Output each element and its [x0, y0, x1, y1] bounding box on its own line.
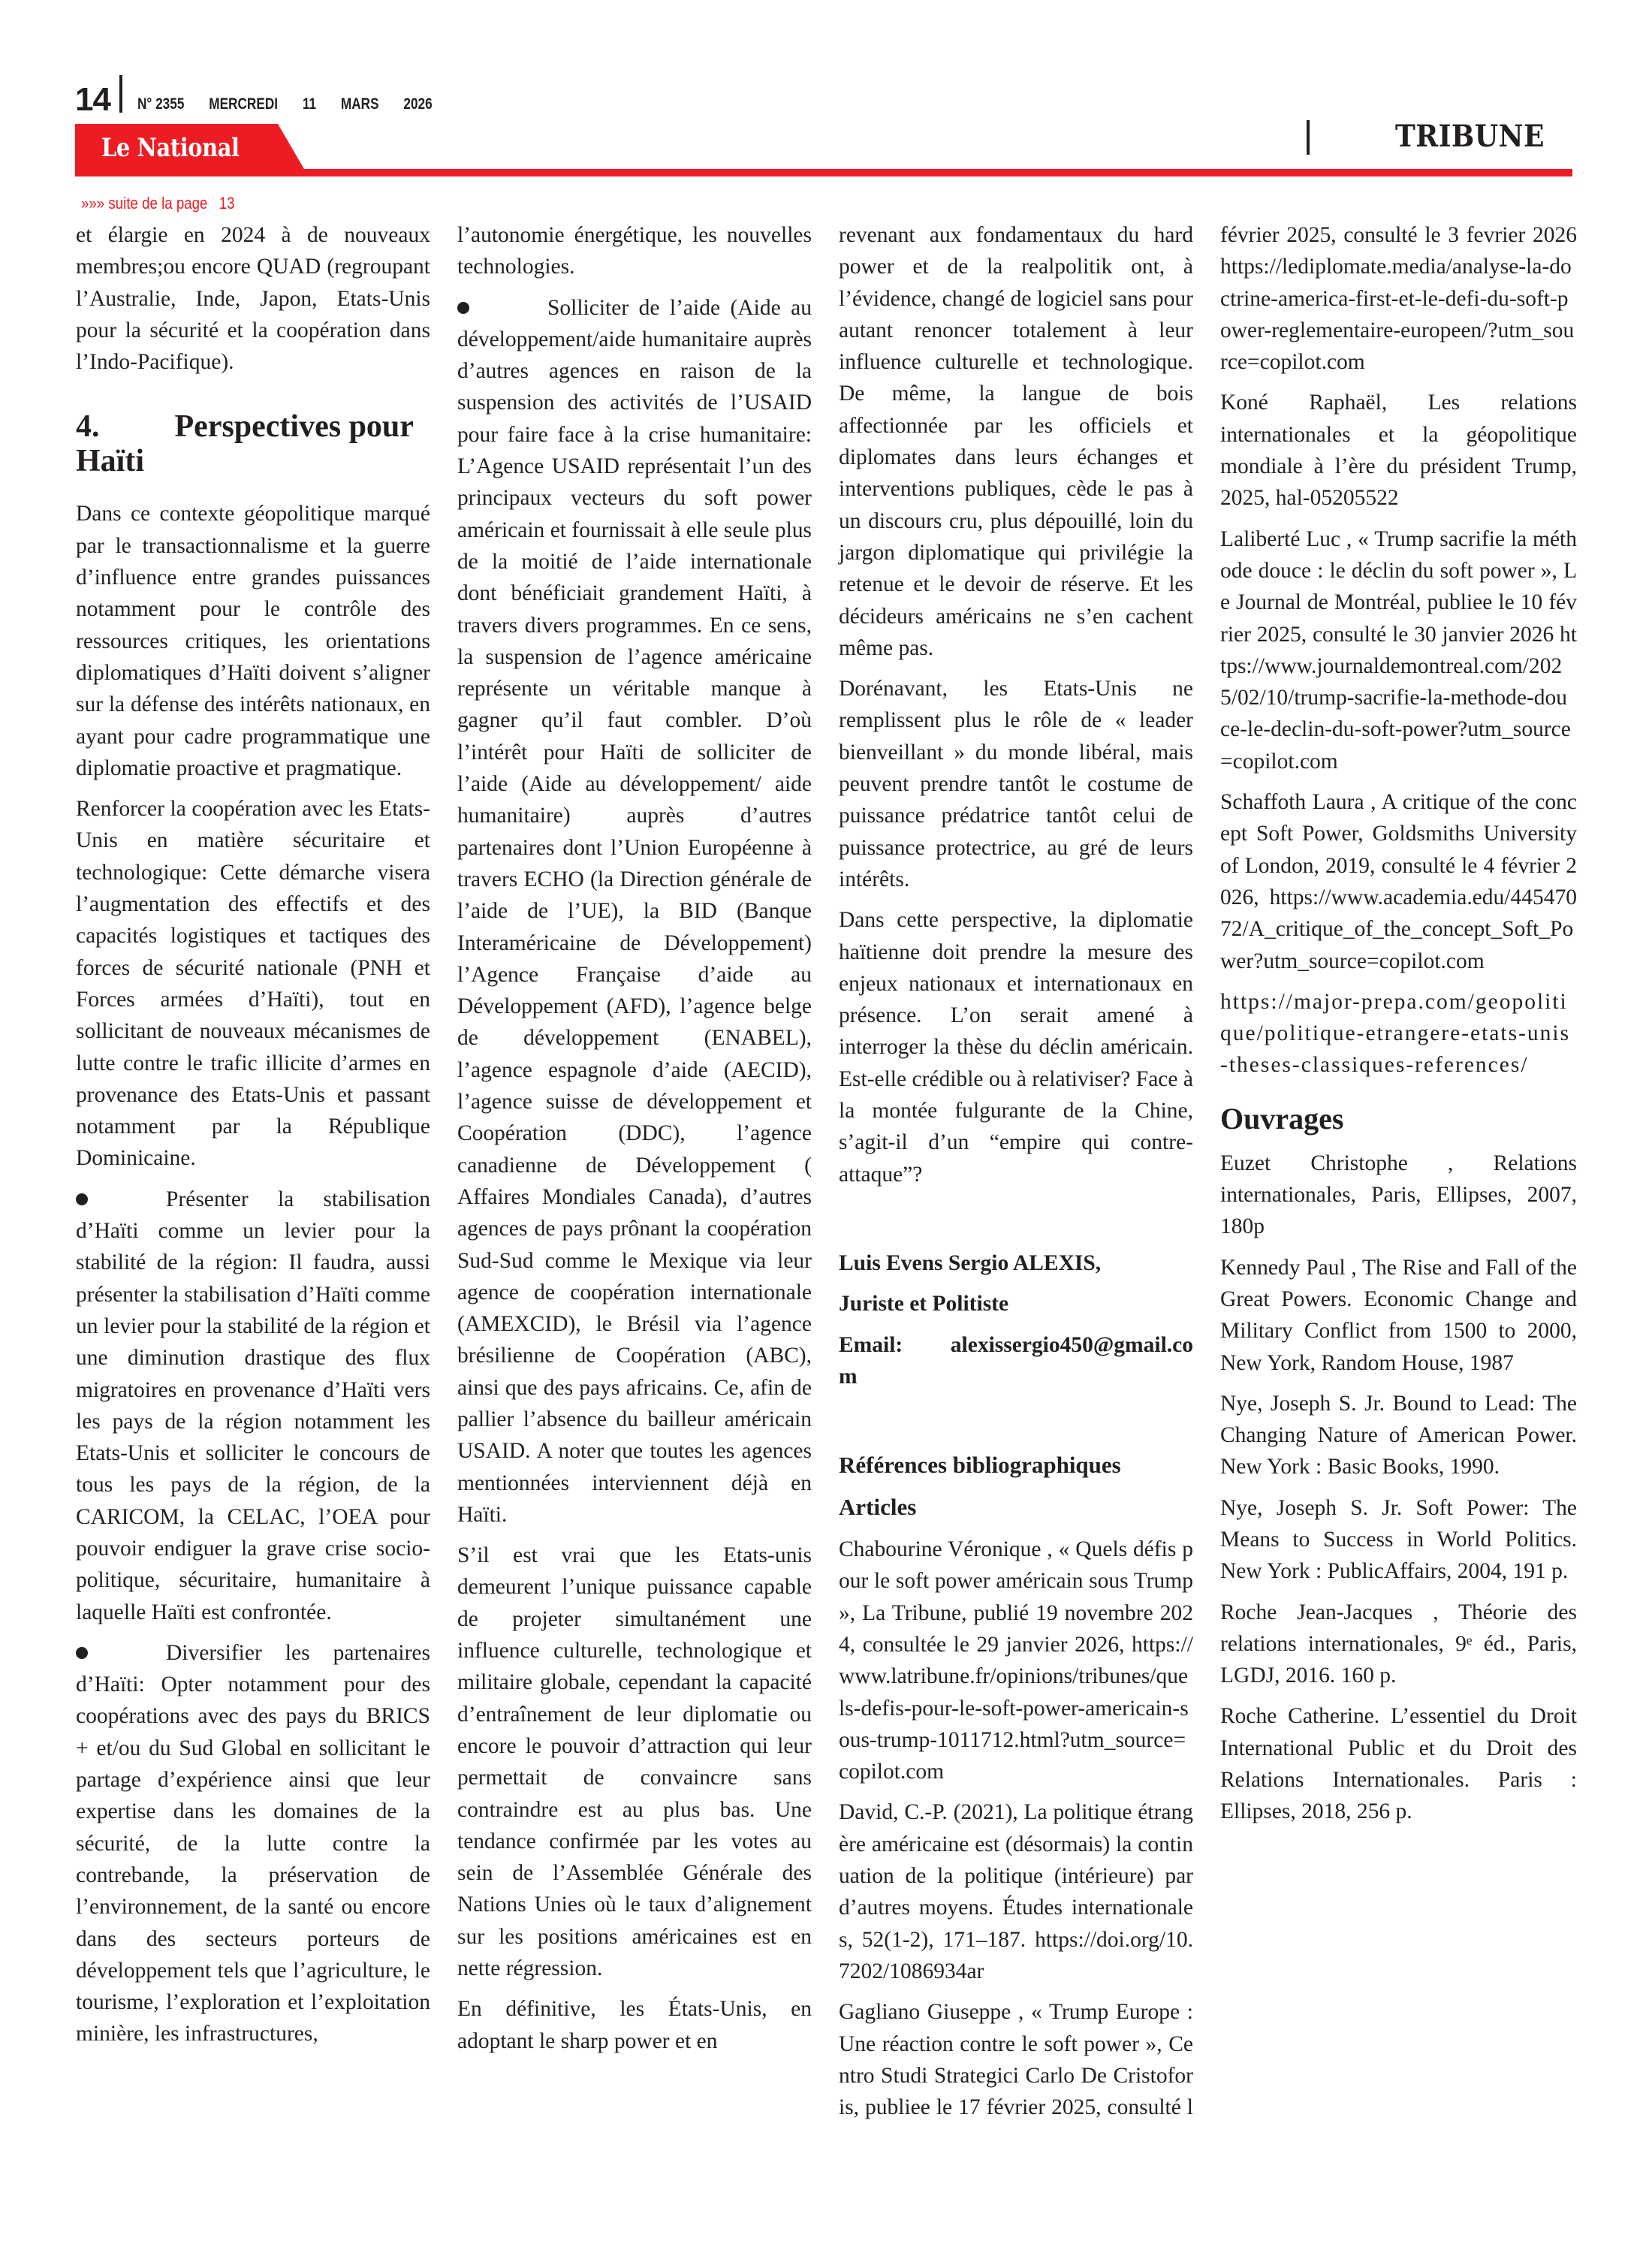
- month: MARS: [341, 95, 379, 113]
- author-email: Email: alexissergio450@gmail.com: [839, 1329, 1193, 1393]
- paragraph: et élargie en 2024 à de nouveaux membres…: [76, 219, 430, 378]
- page-number: 14: [75, 83, 110, 116]
- books-title: Ouvrages: [1220, 1102, 1577, 1136]
- reference-item: David, C.-P. (2021), La politique étrang…: [839, 1796, 1193, 1987]
- paragraph: Dorénavant, les Etats-Unis ne remplissen…: [839, 673, 1193, 895]
- header-divider: [119, 75, 122, 113]
- spacer: [839, 1199, 1193, 1247]
- book-item: Roche Catherine. L’essentiel du Droit In…: [1220, 1700, 1577, 1827]
- day: 11: [303, 95, 316, 113]
- reference-item: Chabourine Véronique , « Quels défis pou…: [839, 1534, 1193, 1787]
- reference-item: Gagliano Giuseppe , « Trump Europe : Une…: [839, 1996, 1193, 2124]
- reference-item: Schaffoth Laura , A critique of the conc…: [1220, 786, 1577, 977]
- article-column-4: février 2025, consulté le 3 fevrier 2026…: [1220, 219, 1577, 1837]
- articles-title: Articles: [839, 1491, 1193, 1523]
- reference-item: Laliberté Luc , « Trump sacrifie la méth…: [1220, 523, 1577, 777]
- author-name: Luis Evens Sergio ALEXIS,: [839, 1247, 1193, 1279]
- year: 2026: [403, 95, 432, 113]
- bullet-item: Diversifier les partenaires d’Haïti: Opt…: [76, 1637, 430, 2050]
- reference-item-continued: février 2025, consulté le 3 fevrier 2026…: [1220, 219, 1577, 378]
- section-label: TRIBUNE: [1395, 119, 1545, 154]
- paragraph: En définitive, les États-Unis, en adopta…: [457, 1993, 812, 2057]
- weekday: MERCREDI: [209, 95, 278, 113]
- reference-item: Koné Raphaël, Les relations internationa…: [1220, 387, 1577, 514]
- continuation-label: suite de la page: [108, 194, 207, 213]
- book-item: Roche Jean-Jacques , Théorie des relatio…: [1220, 1597, 1577, 1692]
- bullet-icon: [76, 1647, 88, 1659]
- bullet-icon: [457, 302, 469, 314]
- paragraph: l’autonomie énergétique, les nouvelles t…: [457, 219, 812, 283]
- paragraph: Dans cette perspective, la diplomatie ha…: [839, 904, 1193, 1190]
- book-item: Kennedy Paul , The Rise and Fall of the …: [1220, 1252, 1577, 1379]
- article-column-3: revenant aux fondamentaux du hard power …: [839, 219, 1193, 2133]
- paragraph: Renforcer la coopération avec les Etats-…: [76, 793, 430, 1175]
- continuation-note: »»» suite de la page13: [81, 194, 235, 213]
- issue-date-line: N° 2355 MERCREDI 11 MARS 2026: [137, 95, 457, 116]
- book-item: Nye, Joseph S. Jr. Bound to Lead: The Ch…: [1220, 1388, 1577, 1483]
- reference-link[interactable]: https://major-prepa.com/geopolitique/pol…: [1220, 986, 1577, 1081]
- bullet-icon: [76, 1193, 88, 1205]
- author-title: Juriste et Politiste: [839, 1288, 1193, 1320]
- issue-number: N° 2355: [137, 95, 184, 113]
- page-header: 14 N° 2355 MERCREDI 11 MARS 2026: [75, 71, 527, 116]
- references-title: Références bibliographiques: [839, 1449, 1193, 1481]
- book-item: Nye, Joseph S. Jr. Soft Power: The Means…: [1220, 1492, 1577, 1588]
- paragraph: Dans ce contexte géopolitique marqué par…: [76, 498, 430, 784]
- bullet-item: Solliciter de l’aide (Aide au développem…: [457, 292, 812, 1531]
- bullet-item: Présenter la stabilisation d’Haïti comme…: [76, 1184, 430, 1628]
- paragraph: revenant aux fondamentaux du hard power …: [839, 219, 1193, 664]
- book-item: Euzet Christophe , Relations internation…: [1220, 1148, 1577, 1243]
- article-column-1: et élargie en 2024 à de nouveaux membres…: [76, 219, 430, 2059]
- continuation-arrows-icon: »»»: [81, 194, 104, 213]
- article-column-2: l’autonomie énergétique, les nouvelles t…: [457, 219, 812, 2066]
- masthead-band: Le National: [75, 124, 1577, 176]
- section-divider: [1307, 120, 1310, 155]
- brand-name: Le National: [101, 133, 240, 163]
- section-heading: 4.Perspectives pour Haïti: [76, 409, 430, 478]
- paragraph: S’il est vrai que les Etats-unis demeure…: [457, 1540, 812, 1984]
- spacer: [839, 1401, 1193, 1449]
- continuation-page: 13: [219, 194, 235, 213]
